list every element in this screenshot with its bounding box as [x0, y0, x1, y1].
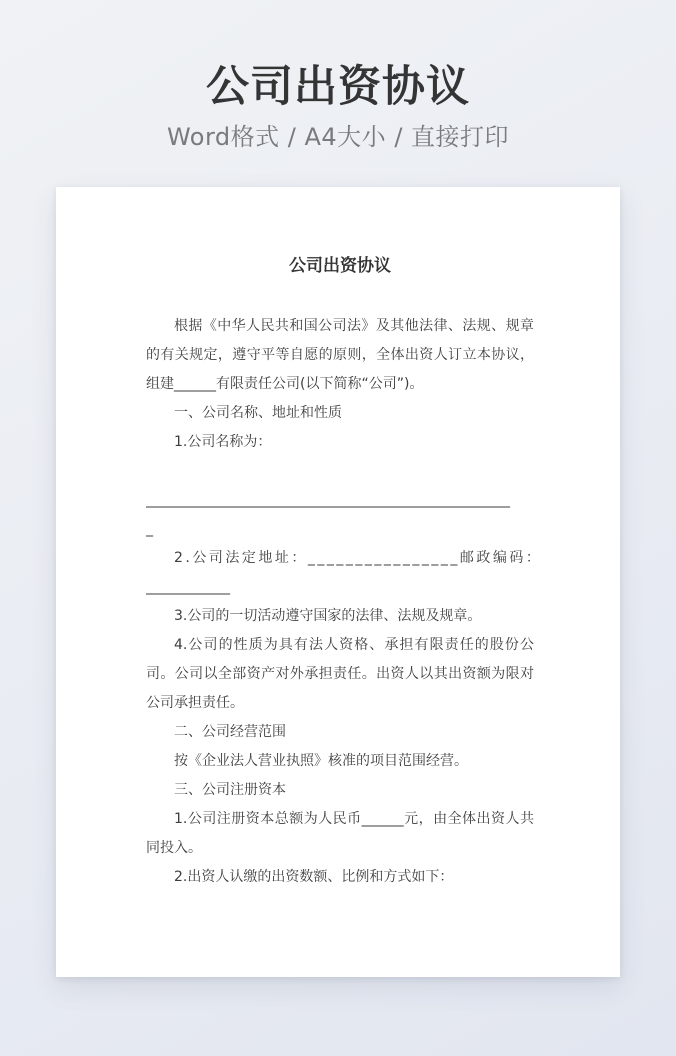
doc-paragraph	[146, 457, 534, 486]
doc-paragraph: 4.公司的性质为具有法人资格、承担有限责任的股份公司。公司以全部资产对外承担责任…	[146, 631, 534, 718]
doc-paragraph: ____________	[146, 573, 534, 602]
doc-paragraph: 二、公司经营范围	[146, 718, 534, 747]
preview-canvas: 公司出资协议 Word格式 / A4大小 / 直接打印 公司出资协议 根据《中华…	[0, 0, 676, 1056]
doc-paragraph: 根据《中华人民共和国公司法》及其他法律、法规、规章的有关规定，遵守平等自愿的原则…	[146, 312, 534, 399]
header: 公司出资协议 Word格式 / A4大小 / 直接打印	[0, 0, 676, 152]
doc-paragraph: 一、公司名称、地址和性质	[146, 399, 534, 428]
document-body: 公司出资协议 根据《中华人民共和国公司法》及其他法律、法规、规章的有关规定，遵守…	[146, 253, 534, 892]
document-page: 公司出资协议 根据《中华人民共和国公司法》及其他法律、法规、规章的有关规定，遵守…	[56, 187, 620, 977]
document-paragraphs: 根据《中华人民共和国公司法》及其他法律、法规、规章的有关规定，遵守平等自愿的原则…	[146, 312, 534, 892]
doc-paragraph: 1.公司名称为：	[146, 428, 534, 457]
doc-paragraph: ________________________________________…	[146, 486, 534, 515]
doc-paragraph: _	[146, 515, 534, 544]
doc-paragraph: 2.出资人认缴的出资数额、比例和方式如下：	[146, 863, 534, 892]
page-title: 公司出资协议	[0, 62, 676, 112]
doc-paragraph: 3.公司的一切活动遵守国家的法律、法规及规章。	[146, 602, 534, 631]
doc-paragraph: 三、公司注册资本	[146, 776, 534, 805]
page-subtitle: Word格式 / A4大小 / 直接打印	[0, 122, 676, 152]
doc-paragraph: 按《企业法人营业执照》核准的项目范围经营。	[146, 747, 534, 776]
document-title: 公司出资协议	[146, 253, 534, 279]
doc-paragraph: 2.公司法定地址：________________邮政编码：	[146, 544, 534, 573]
doc-paragraph: 1.公司注册资本总额为人民币______元，由全体出资人共同投入。	[146, 805, 534, 863]
